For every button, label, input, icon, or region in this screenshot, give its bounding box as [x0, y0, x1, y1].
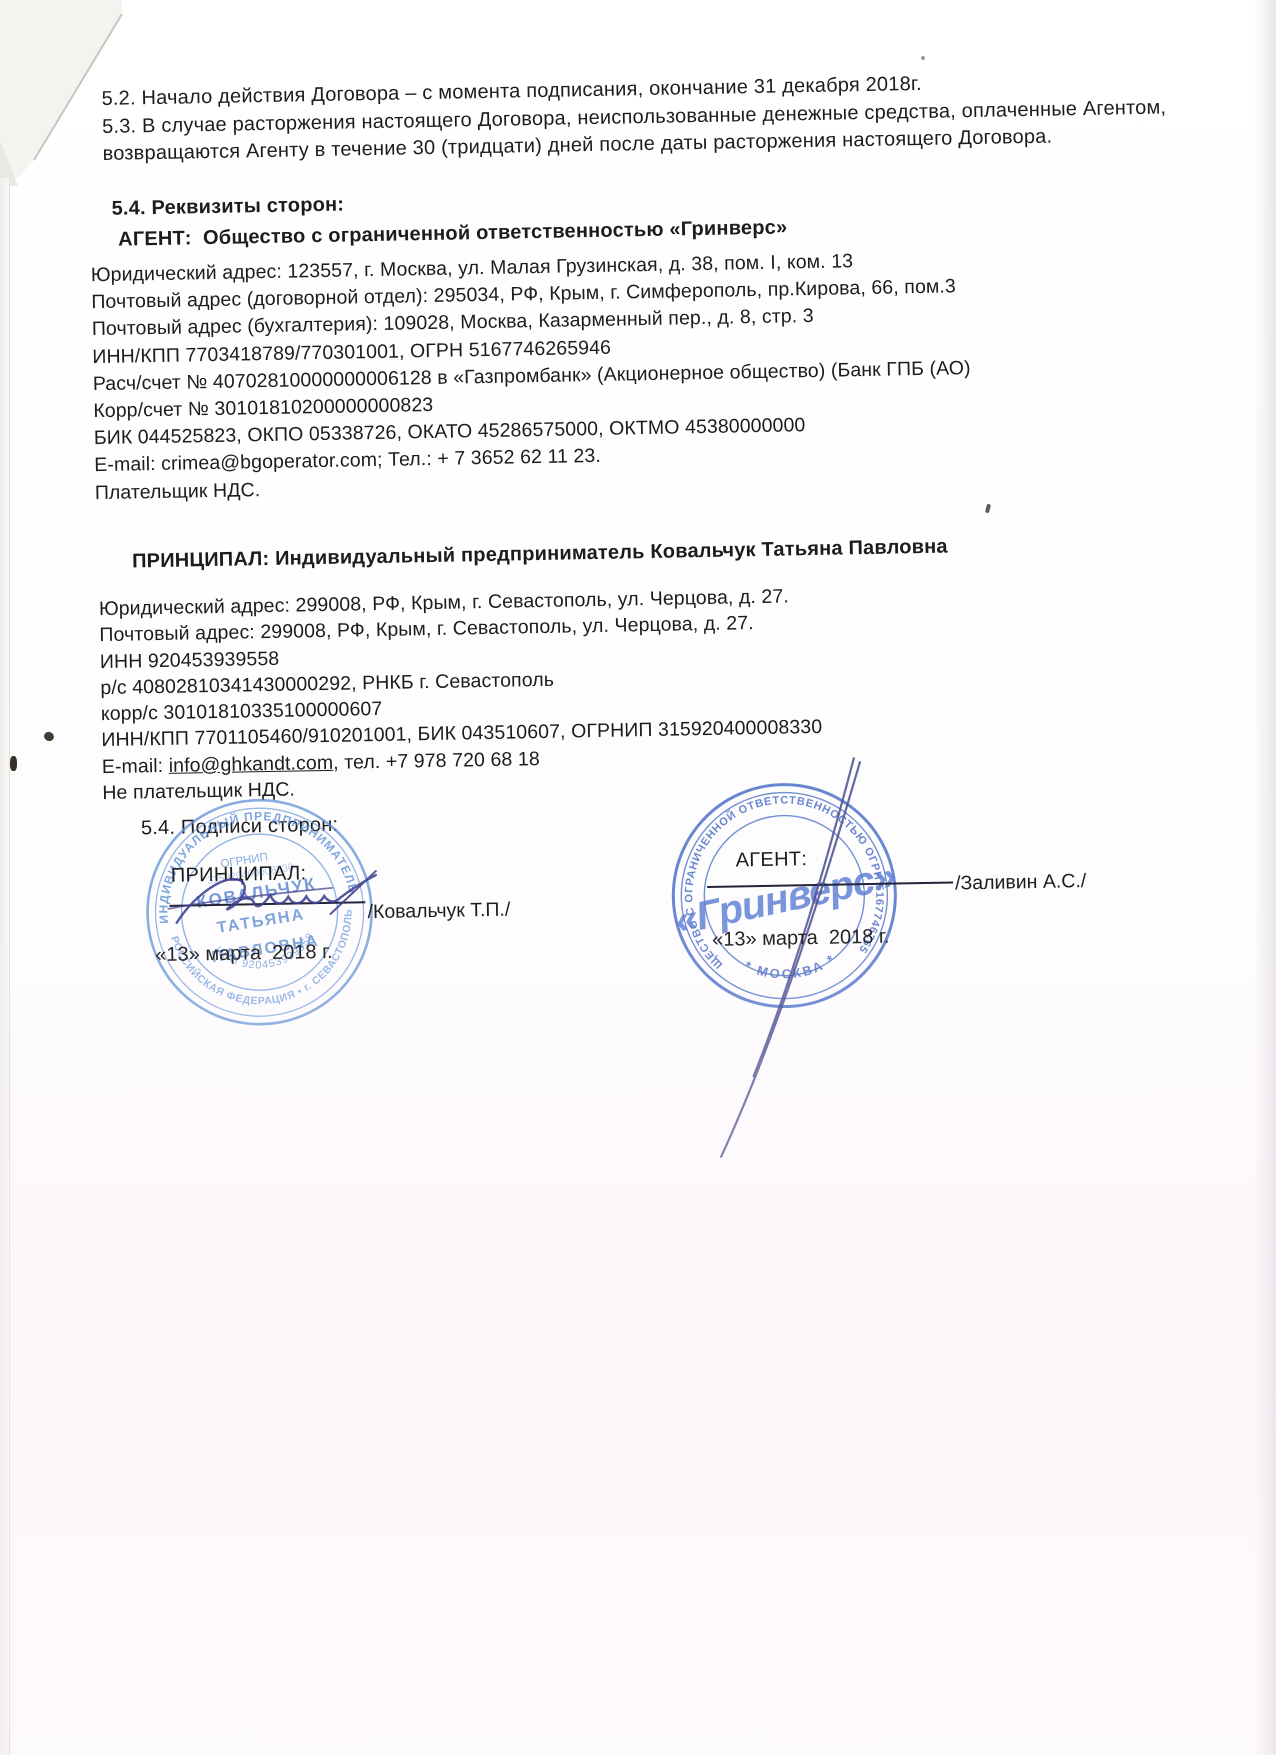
email-prefix: E-mail:	[102, 755, 169, 778]
dirt-speck	[10, 756, 17, 771]
dirt-speck	[921, 56, 925, 60]
agent-signature-ink	[652, 744, 900, 1178]
principal-requisites-heading: ПРИНЦИПАЛ: Индивидуальный предпринимател…	[132, 536, 948, 574]
requisites-heading: 5.4. Реквизиты сторон:	[111, 194, 344, 221]
agent-signature-date: «13» марта 2018 г.	[712, 926, 890, 952]
document-content: 5.2. Начало действия Договора – с момент…	[0, 0, 1276, 1755]
email-address: info@ghkandt.com	[169, 752, 334, 777]
scanned-contract-page: 5.2. Начало действия Договора – с момент…	[0, 0, 1276, 1755]
agent-signatory-name: /Заливин А.С./	[955, 870, 1086, 895]
folded-corner	[0, 0, 150, 186]
principal-signature-date: «13» марта 2018 г.	[155, 941, 333, 967]
email-suffix: , тел. +7 978 720 68 18	[333, 748, 540, 774]
contract-clauses: 5.2. Начало действия Договора – с момент…	[101, 66, 1190, 168]
agent-requisites-heading: АГЕНТ: Общество с ограниченной ответстве…	[118, 216, 788, 251]
agent-requisites-block: Юридический адрес: 123557, г. Москва, ул…	[91, 246, 973, 507]
left-paper-edge-shadow	[0, 178, 10, 1755]
principal-signatory-name: /Ковальчук Т.П./	[367, 899, 510, 925]
right-scanner-shadow	[1254, 0, 1276, 1755]
